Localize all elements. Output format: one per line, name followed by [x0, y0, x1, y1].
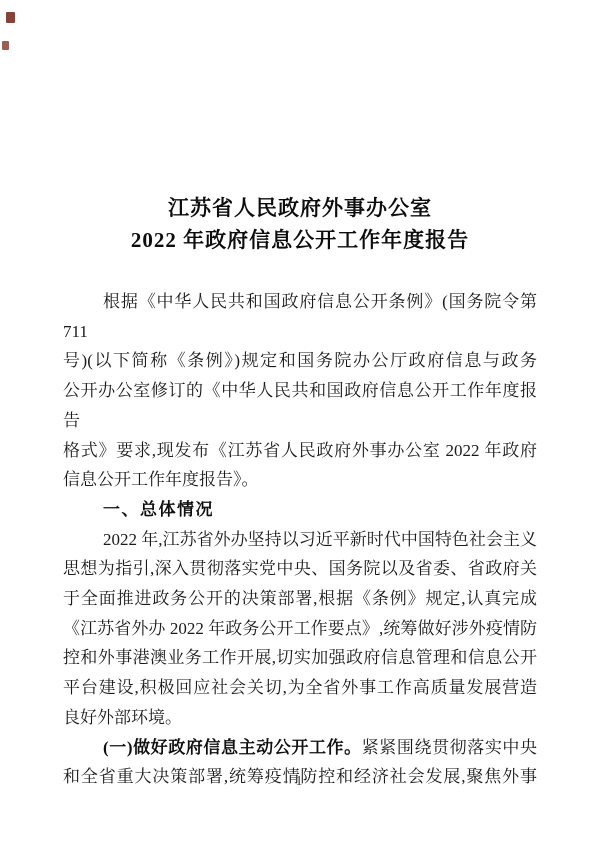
- text-segment: 平台建设,积极回应社会关切,为全省外事工作高质量发展营造: [63, 678, 537, 697]
- document-page: 江苏省人民政府外事办公室 2022 年政府信息公开工作年度报告 根据《中华人民共…: [0, 0, 600, 857]
- text-line: 根据《中华人民共和国政府信息公开条例》(国务院令第 711: [63, 287, 537, 346]
- text-segment: 良好外部环境。: [63, 708, 182, 727]
- text-line: 信息公开工作年度报告》。: [63, 465, 537, 495]
- text-segment: 信息公开工作年度报告》。: [63, 470, 259, 489]
- text-line: 一、总体情况: [63, 495, 537, 525]
- text-line: 思想为指引,深入贯彻落实党中央、国务院以及省委、省政府关: [63, 554, 537, 584]
- document-title-line-1: 江苏省人民政府外事办公室: [0, 192, 600, 224]
- text-line: 号)(以下简称《条例》)规定和国务院办公厅政府信息与政务: [63, 346, 537, 376]
- text-line: 公开办公室修订的《中华人民共和国政府信息公开工作年度报告: [63, 376, 537, 435]
- scan-artifact-icon: [2, 41, 9, 50]
- text-segment: 《江苏省外办 2022 年政务公开工作要点》,统筹做好涉外疫情防: [63, 619, 537, 638]
- scan-artifact-icon: [6, 12, 15, 23]
- text-line: 良好外部环境。: [63, 703, 537, 733]
- text-segment: 控和外事港澳业务工作开展,切实加强政府信息管理和信息公开: [63, 648, 537, 667]
- text-segment: 一、总体情况: [103, 500, 214, 519]
- text-line: 格式》要求,现发布《江苏省人民政府外事办公室 2022 年政府: [63, 436, 537, 466]
- text-segment: (一)做好政府信息主动公开工作。: [103, 738, 362, 757]
- text-segment: 格式》要求,现发布《江苏省人民政府外事办公室 2022 年政府: [63, 441, 537, 460]
- text-line: 于全面推进政务公开的决策部署,根据《条例》规定,认真完成: [63, 584, 537, 614]
- text-line: 控和外事港澳业务工作开展,切实加强政府信息管理和信息公开: [63, 643, 537, 673]
- text-segment: 2022 年,江苏省外办坚持以习近平新时代中国特色社会主义: [103, 530, 537, 549]
- document-title-line-2: 2022 年政府信息公开工作年度报告: [0, 224, 600, 256]
- document-title: 江苏省人民政府外事办公室 2022 年政府信息公开工作年度报告: [0, 192, 600, 256]
- text-line: 《江苏省外办 2022 年政务公开工作要点》,统筹做好涉外疫情防: [63, 614, 537, 644]
- text-line: 平台建设,积极回应社会关切,为全省外事工作高质量发展营造: [63, 673, 537, 703]
- text-segment: 公开办公室修订的《中华人民共和国政府信息公开工作年度报告: [63, 381, 537, 430]
- text-segment: 思想为指引,深入贯彻落实党中央、国务院以及省委、省政府关: [63, 559, 537, 578]
- text-line: (一)做好政府信息主动公开工作。紧紧围绕贯彻落实中央: [63, 733, 537, 763]
- text-segment: 于全面推进政务公开的决策部署,根据《条例》规定,认真完成: [63, 589, 537, 608]
- text-segment: 号)(以下简称《条例》)规定和国务院办公厅政府信息与政务: [63, 351, 537, 370]
- text-line: 2022 年,江苏省外办坚持以习近平新时代中国特色社会主义: [63, 525, 537, 555]
- page-number: - 1 -: [0, 774, 600, 790]
- text-segment: 根据《中华人民共和国政府信息公开条例》(国务院令第 711: [63, 292, 537, 341]
- document-body: 根据《中华人民共和国政府信息公开条例》(国务院令第 711号)(以下简称《条例》…: [63, 287, 537, 792]
- text-segment: 紧紧围绕贯彻落实中央: [362, 738, 537, 757]
